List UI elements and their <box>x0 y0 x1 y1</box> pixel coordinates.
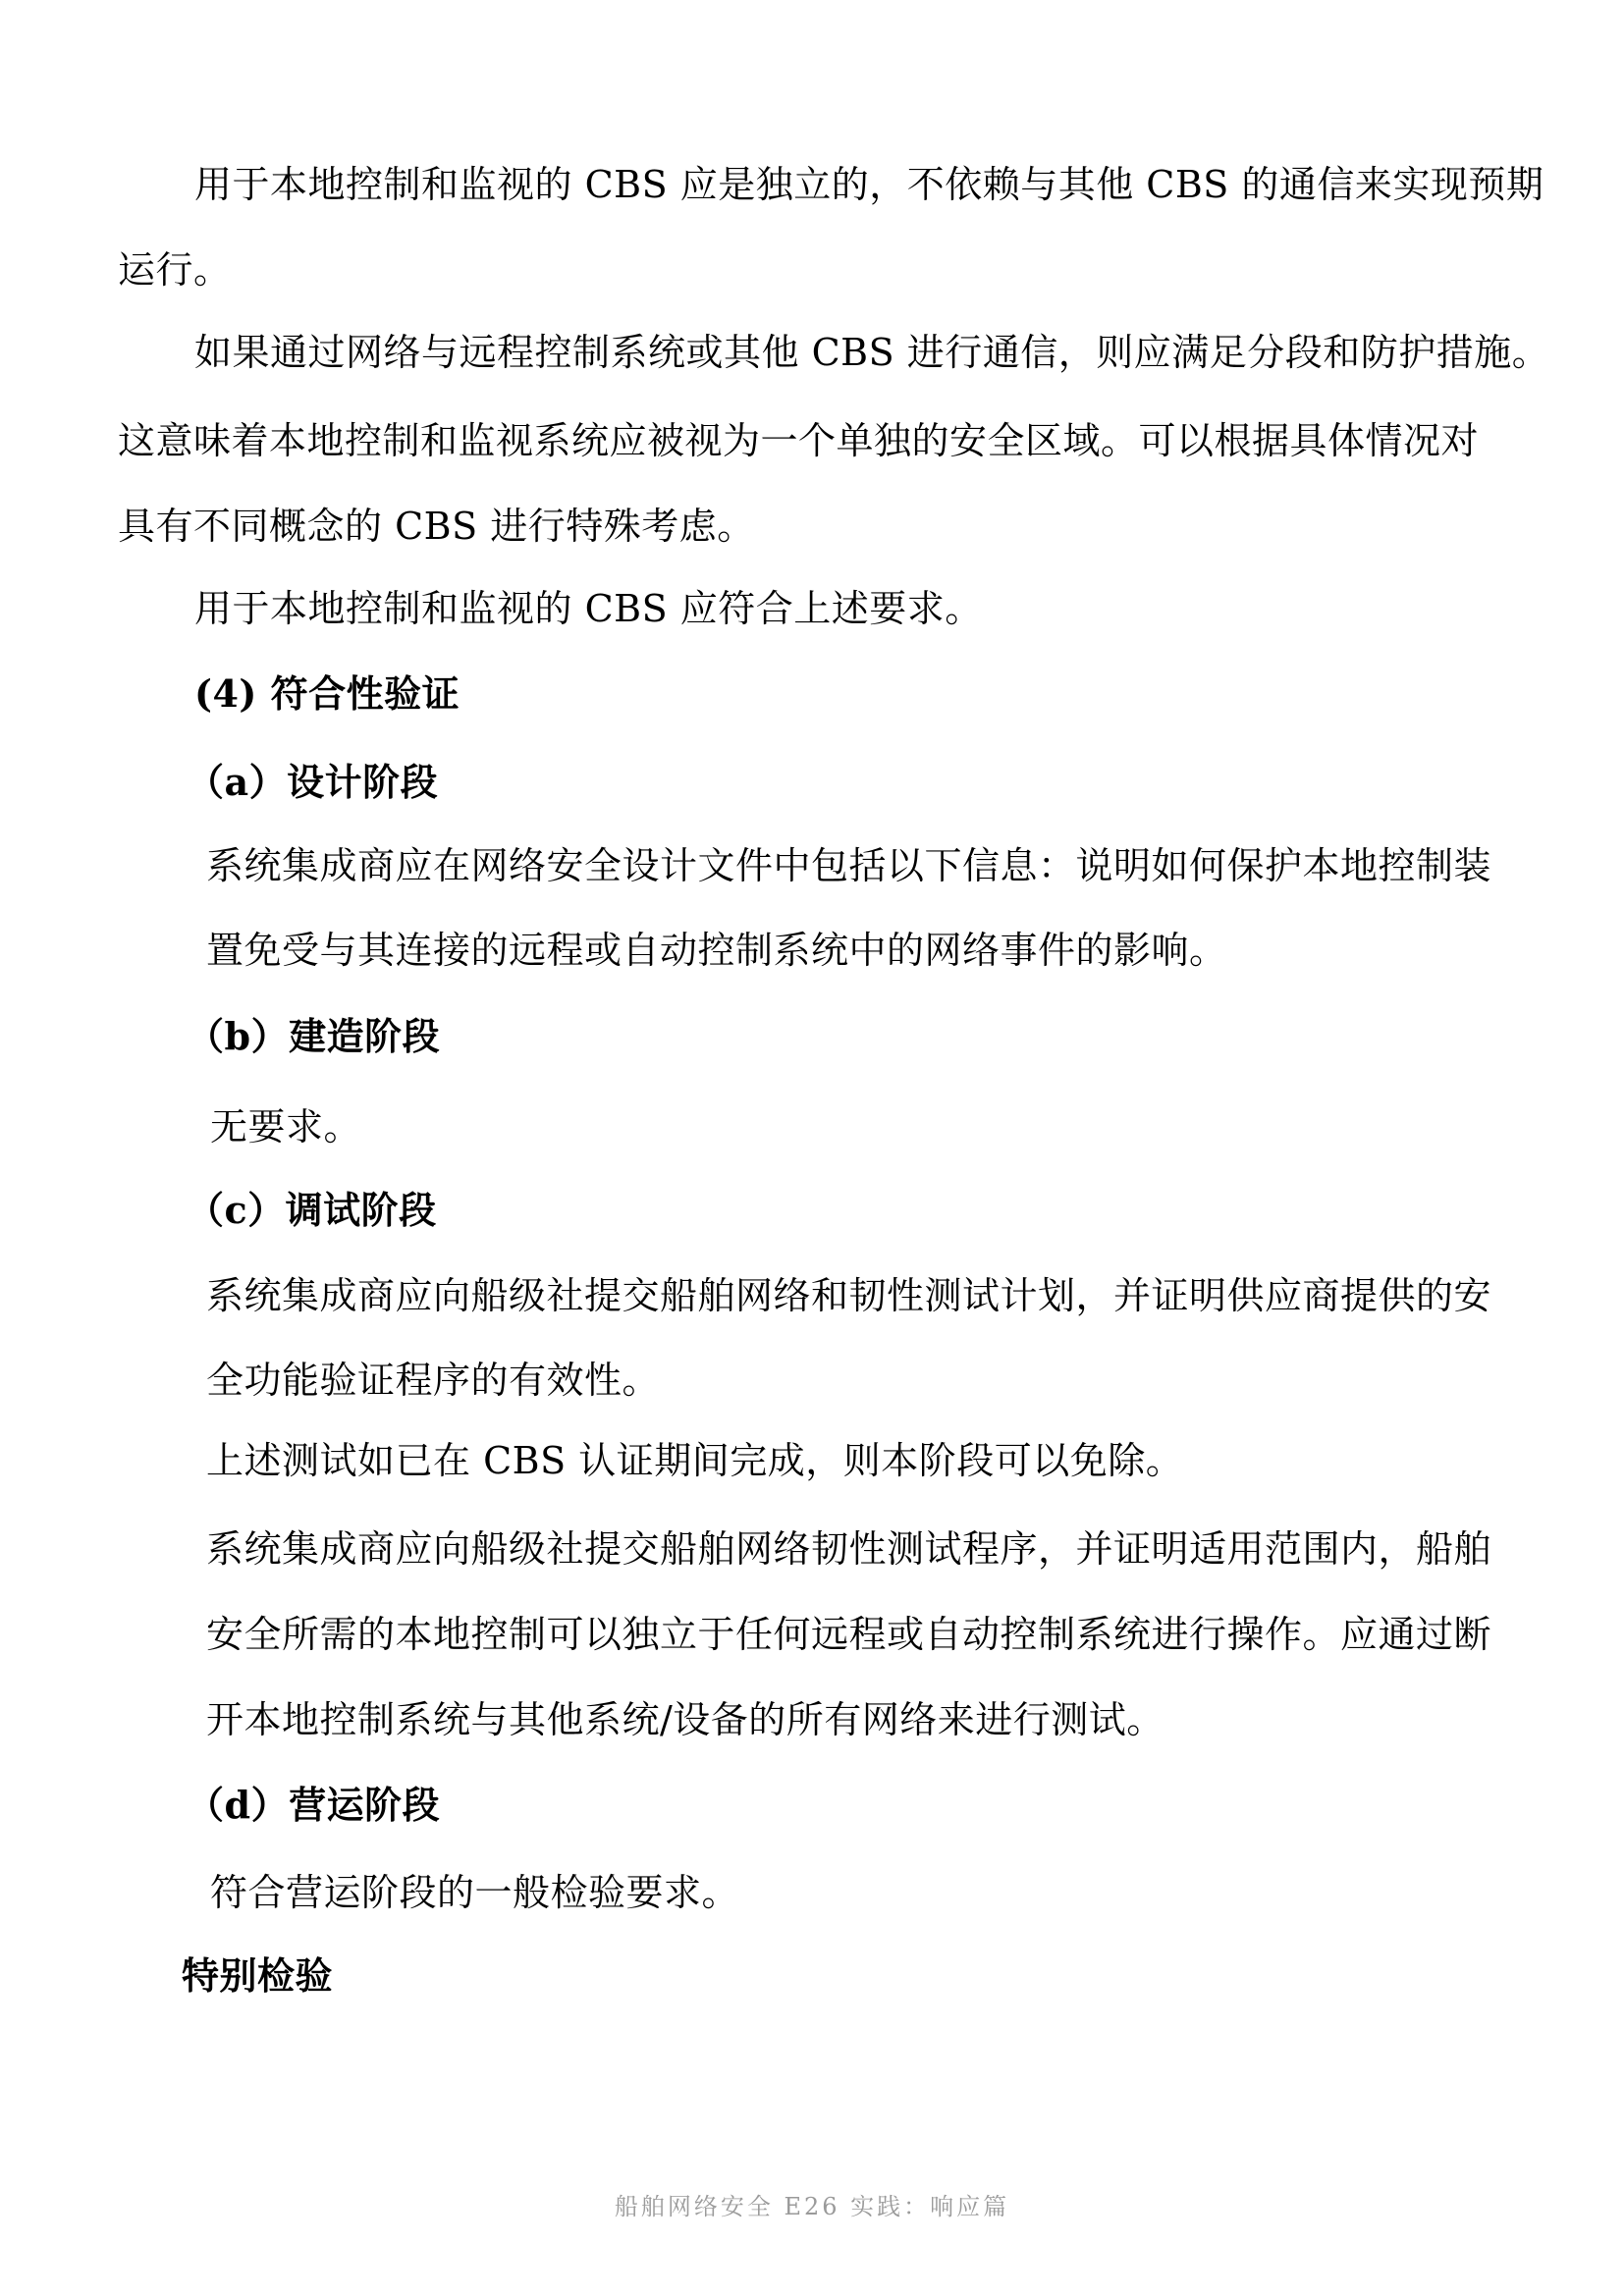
paragraph-line: 具有不同概念的 CBS 进行特殊考虑。 <box>118 505 755 548</box>
stage-heading-design: （a）设计阶段 <box>187 761 438 804</box>
stage-heading-construction: （b）建造阶段 <box>187 1015 440 1058</box>
paragraph-line: 如果通过网络与远程控制系统或其他 CBS 进行通信，则应满足分段和防护措施。 <box>194 331 1549 374</box>
stage-text-line: 置免受与其连接的远程或自动控制系统中的网络事件的影响。 <box>206 929 1227 972</box>
stage-text-line: 全功能验证程序的有效性。 <box>206 1359 660 1402</box>
paragraph-line: 运行。 <box>118 248 232 292</box>
stage-text-line: 无要求。 <box>210 1105 361 1148</box>
stage-heading-operation: （d）营运阶段 <box>187 1784 440 1827</box>
stage-text-line: 上述测试如已在 CBS 认证期间完成，则本阶段可以免除。 <box>206 1439 1183 1482</box>
stage-text-line: 系统集成商应向船级社提交船舶网络韧性测试程序，并证明适用范围内，船舶 <box>206 1527 1491 1571</box>
paragraph-line: 用于本地控制和监视的 CBS 应是独立的，不依赖与其他 CBS 的通信来实现预期 <box>194 163 1543 206</box>
stage-text-line: 开本地控制系统与其他系统/设备的所有网络来进行测试。 <box>206 1698 1164 1741</box>
stage-text-line: 系统集成商应向船级社提交船舶网络和韧性测试计划，并证明供应商提供的安 <box>206 1274 1491 1317</box>
stage-heading-commissioning: （c）调试阶段 <box>187 1189 437 1232</box>
stage-text-line: 安全所需的本地控制可以独立于任何远程或自动控制系统进行操作。应通过断 <box>206 1613 1491 1656</box>
stage-text-line: 符合营运阶段的一般检验要求。 <box>210 1871 739 1914</box>
next-section-heading: 特别检验 <box>182 1954 333 1998</box>
stage-text-line: 系统集成商应在网络安全设计文件中包括以下信息：说明如何保护本地控制装 <box>206 844 1491 887</box>
paragraph-line: 这意味着本地控制和监视系统应被视为一个单独的安全区域。可以根据具体情况对 <box>118 419 1479 462</box>
page-footer: 船舶网络安全 E26 实践：响应篇 <box>0 2187 1624 2221</box>
section-heading: (4) 符合性验证 <box>194 672 460 716</box>
paragraph-line: 用于本地控制和监视的 CBS 应符合上述要求。 <box>194 587 983 630</box>
